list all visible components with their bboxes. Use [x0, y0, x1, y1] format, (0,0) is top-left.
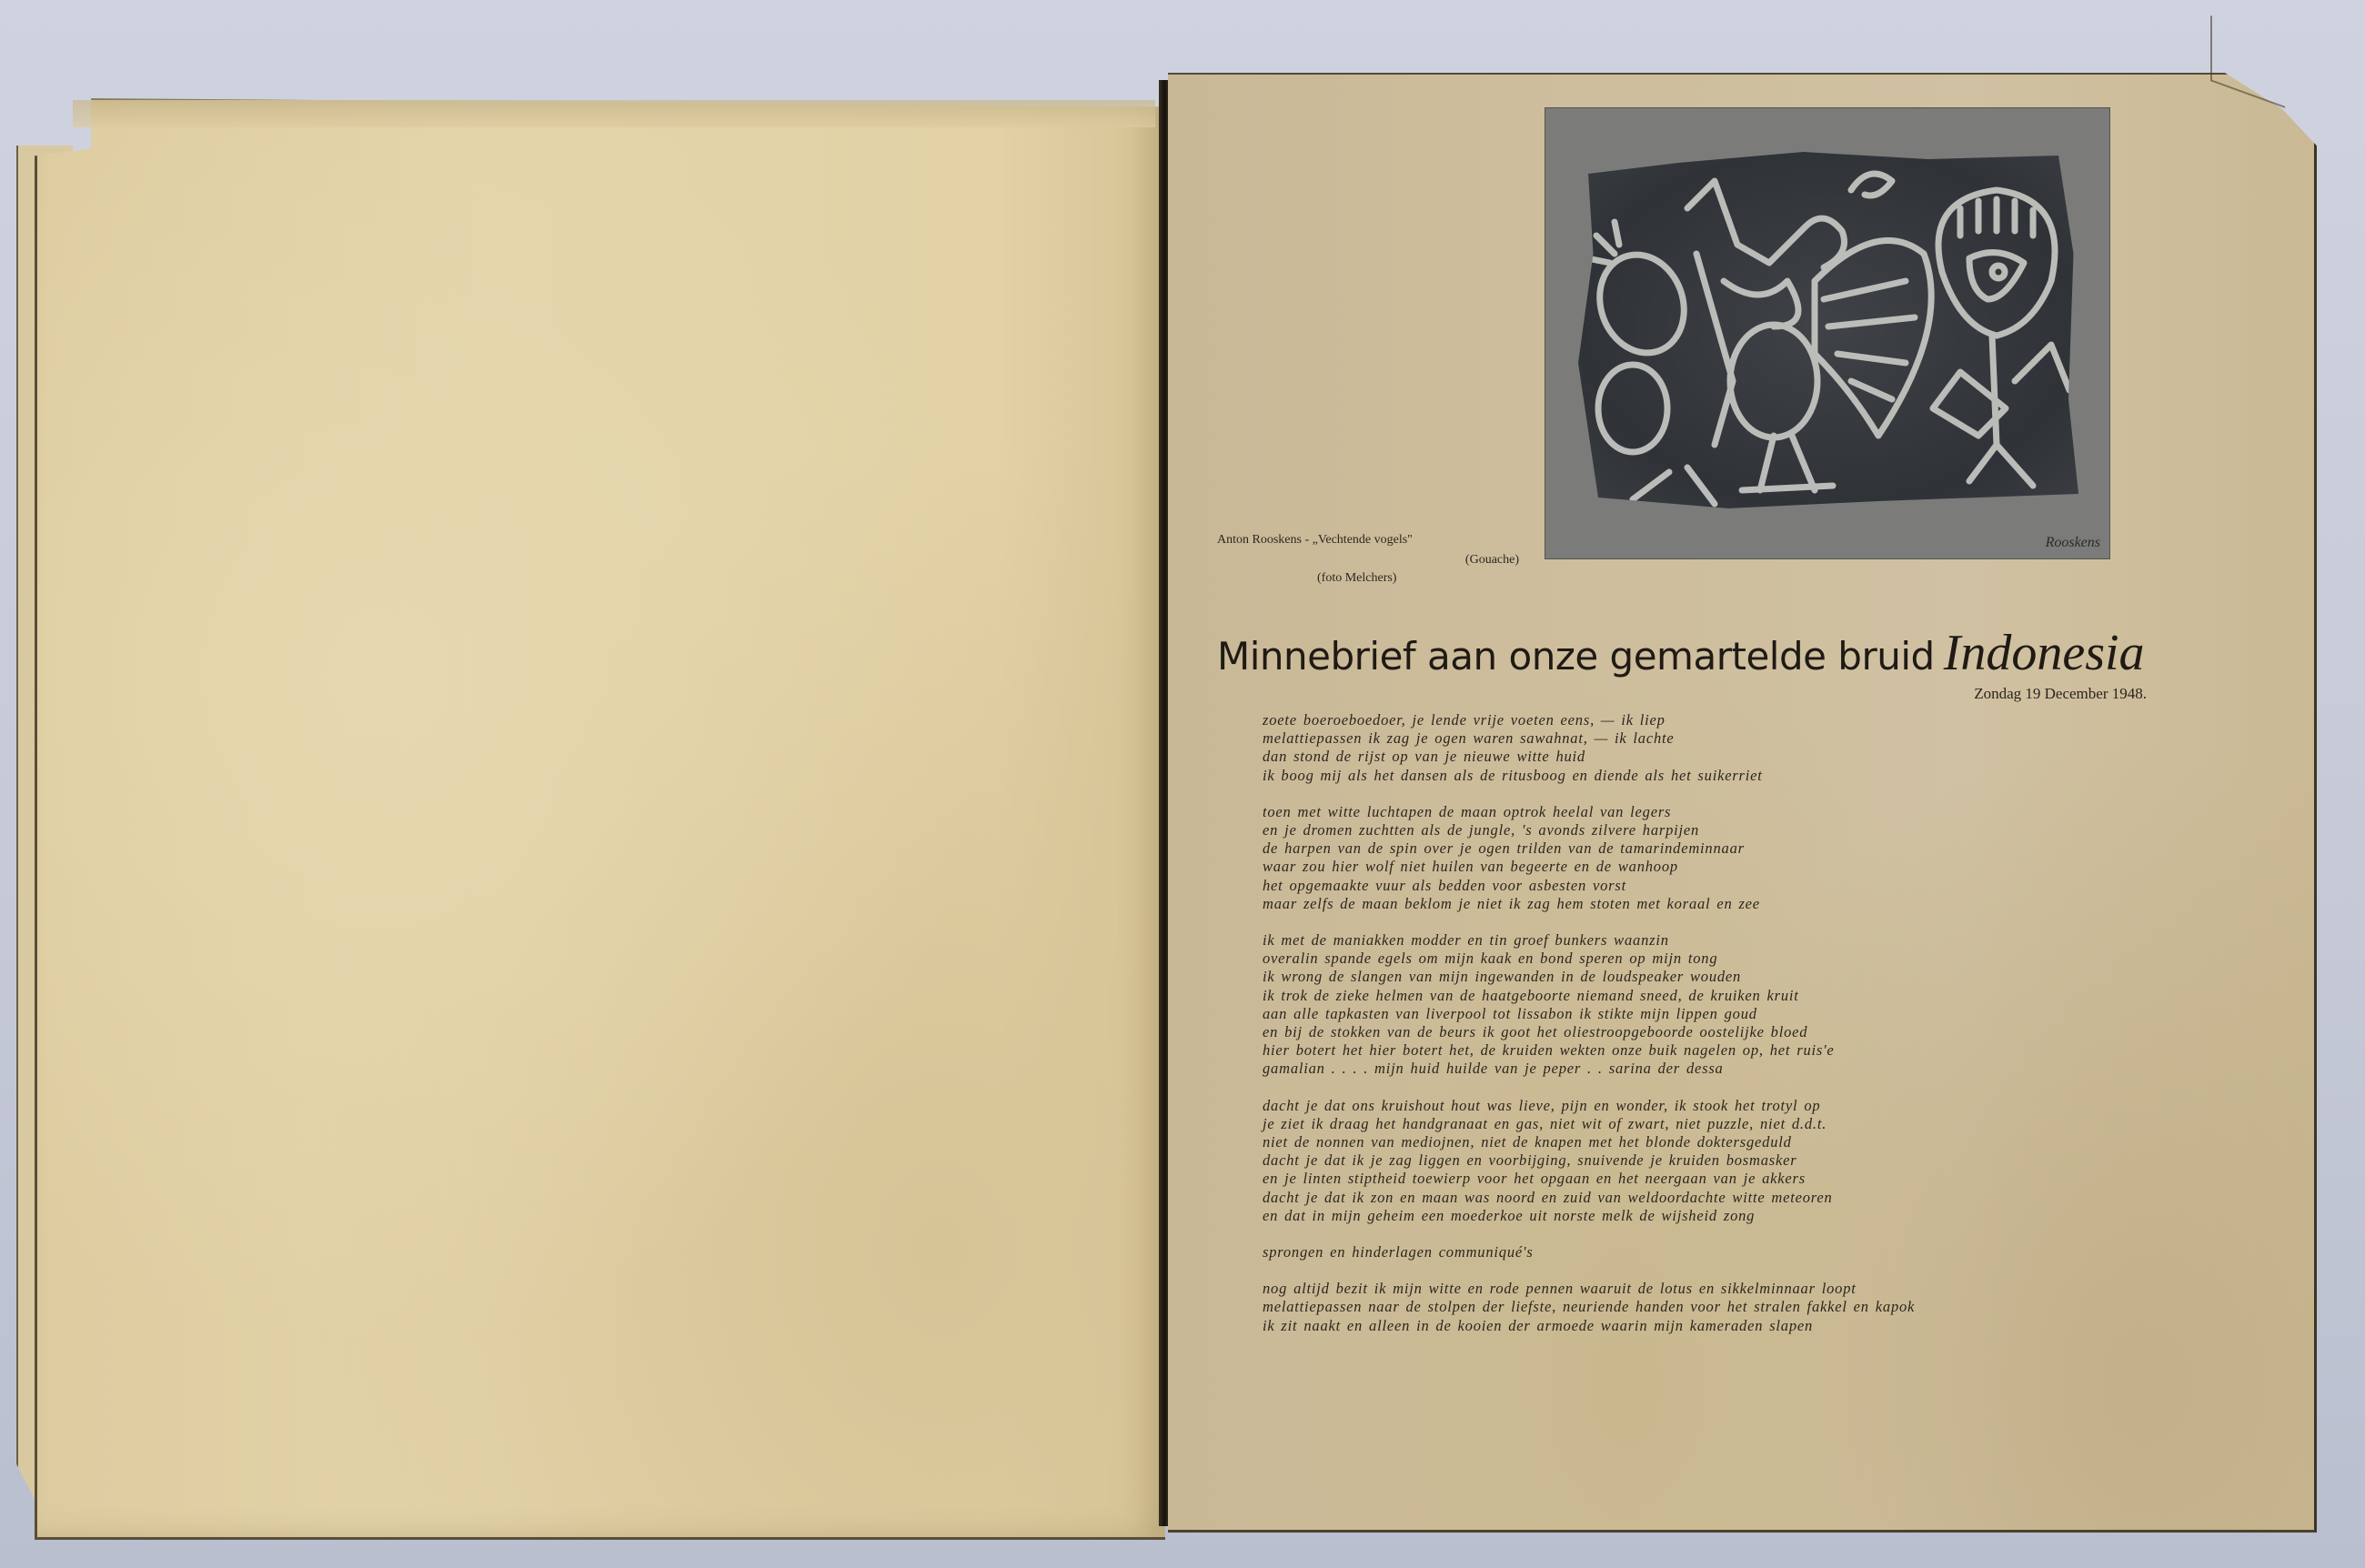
poem-line: ik wrong de slangen van mijn ingewanden … [1263, 968, 2027, 986]
caption-photo-credit: (foto Melchers) [1217, 568, 1526, 588]
poem-line: je ziet ik draag het handgranaat en gas,… [1263, 1115, 2027, 1133]
poem-line: dacht je dat ons kruishout hout was liev… [1263, 1097, 2027, 1115]
poem-body: zoete boeroeboedoer, je lende vrije voet… [1263, 711, 2027, 1353]
poem-line: dacht je dat ik je zag liggen en voorbij… [1263, 1151, 2027, 1170]
poem-stanza: nog altijd bezit ik mijn witte en rode p… [1263, 1280, 2027, 1335]
poem-line: ik met de maniakken modder en tin groef … [1263, 931, 2027, 950]
title-main: Minnebrief aan onze gemartelde bruid [1217, 634, 1935, 678]
poem-line: melattiepassen ik zag je ogen waren sawa… [1263, 729, 2027, 748]
poem-line: gamalian . . . . mijn huid huilde van je… [1263, 1060, 2027, 1078]
poem-stanza: zoete boeroeboedoer, je lende vrije voet… [1263, 711, 2027, 785]
poem-line: sprongen en hinderlagen communiqué's [1263, 1243, 2027, 1261]
caption-medium: (Gouache) [1217, 550, 1526, 570]
left-page-blank [35, 98, 1165, 1540]
poem-line: aan alle tapkasten van liverpool tot lis… [1263, 1005, 2027, 1023]
poem-stanza: toen met witte luchtapen de maan optrok … [1263, 803, 2027, 913]
poem-line: waar zou hier wolf niet huilen van begee… [1263, 858, 2027, 876]
artwork-image-vechtende-vogels [1578, 145, 2078, 508]
poem-line: ik boog mij als het dansen als de ritusb… [1263, 767, 2027, 785]
artwork-reproduction: Rooskens [1545, 107, 2110, 559]
poem-line: ik zit naakt en alleen in de kooien der … [1263, 1317, 2027, 1335]
left-page-top-discoloration [73, 100, 1155, 127]
poem-line: zoete boeroeboedoer, je lende vrije voet… [1263, 711, 2027, 729]
poem-stanza: dacht je dat ons kruishout hout was liev… [1263, 1097, 2027, 1225]
caption-artist-title: Anton Rooskens - „Vechtende vogels" [1217, 530, 1526, 550]
title-emphasis: Indonesia [1944, 625, 2145, 681]
article-title: Minnebrief aan onze gemartelde bruidIndo… [1217, 624, 2172, 682]
poem-line: melattiepassen naar de stolpen der liefs… [1263, 1298, 2027, 1316]
poem-line: hier botert het hier botert het, de krui… [1263, 1041, 2027, 1060]
poem-line: toen met witte luchtapen de maan optrok … [1263, 803, 2027, 821]
open-magazine-spread: Rooskens Anton Rooskens - „Vechtende vog… [0, 0, 2365, 1568]
poem-line: en bij de stokken van de beurs ik goot h… [1263, 1023, 2027, 1041]
poem-line: en dat in mijn geheim een moederkoe uit … [1263, 1207, 2027, 1225]
abstract-birds-illustration [1578, 145, 2078, 508]
poem-line: en je dromen zuchtten als de jungle, 's … [1263, 821, 2027, 839]
poem-line: de harpen van de spin over je ogen trild… [1263, 839, 2027, 858]
poem-stanza: ik met de maniakken modder en tin groef … [1263, 931, 2027, 1079]
poem-line: het opgemaakte vuur als bedden voor asbe… [1263, 877, 2027, 895]
poem-line: overalin spande egels om mijn kaak en bo… [1263, 950, 2027, 968]
poem-line: dacht je dat ik zon en maan was noord en… [1263, 1189, 2027, 1207]
poem-line: ik trok de zieke helmen van de haatgeboo… [1263, 987, 2027, 1005]
artist-signature: Rooskens [2046, 535, 2100, 551]
article-dateline: Zondag 19 December 1948. [1919, 685, 2147, 703]
poem-stanza: sprongen en hinderlagen communiqué's [1263, 1243, 2027, 1261]
artwork-caption: Anton Rooskens - „Vechtende vogels" (Gou… [1217, 530, 1526, 588]
poem-line: niet de nonnen van mediojnen, niet de kn… [1263, 1133, 2027, 1151]
poem-line: maar zelfs de maan beklom je niet ik zag… [1263, 895, 2027, 913]
poem-line: en je linten stiptheid toewierp voor het… [1263, 1170, 2027, 1188]
poem-line: nog altijd bezit ik mijn witte en rode p… [1263, 1280, 2027, 1298]
poem-line: dan stond de rijst op van je nieuwe witt… [1263, 748, 2027, 766]
